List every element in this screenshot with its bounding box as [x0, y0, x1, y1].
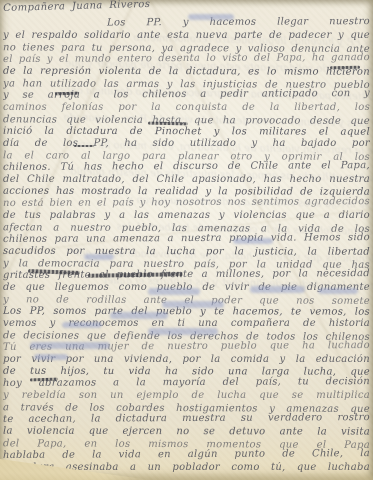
handwriting-line: Tú eres una mujer de nuestro pueblo que …	[3, 340, 370, 354]
handwriting-line: chilenos. Tú has hecho el discurso de Ch…	[3, 160, 370, 174]
handwriting-line: día de los PP, ha sido utilizado y ha ba…	[3, 138, 370, 150]
handwriting-line: Los PP, somos parte del pueblo y te hace…	[3, 306, 370, 319]
handwriting-line: y rebeldía son un ejemplo de lucha que s…	[3, 390, 370, 402]
handwriting-line: chilenos para una amenaza a nuestra prop…	[3, 232, 370, 246]
handwriting-line: gritastes frente al pueblo frente a mill…	[3, 268, 370, 282]
handwriting-line: hoy abrazamos a la mayoría del país, tu …	[3, 376, 370, 390]
handwriting-line: el país y el mundo entero desenta lo vis…	[3, 52, 370, 66]
handwriting-line: de que lleguemos como pueblo de vivir de…	[3, 282, 370, 294]
paper-bottom-edge	[0, 473, 373, 480]
handwriting-line: inició la dictadura de Pinochet y los mi…	[3, 126, 370, 139]
handwriting-line: hablaba de la vida en algún punto de Chi…	[3, 448, 370, 462]
handwriting-line: no está bien en el país y hoy nosotros n…	[3, 196, 370, 210]
handwriting-line: y se arroja a los chilenos a pedir antic…	[3, 88, 370, 102]
letter-page: Los PP. y hacemos llegar nuestro reconoc…	[0, 0, 373, 480]
handwriting-line: y el respaldo solidario ante esta nueva …	[3, 30, 370, 42]
handwriting-line: caminos felonías por la conquista de la …	[3, 102, 370, 114]
handwriting-line: la violencia que ejercen no se detuvo an…	[3, 426, 370, 439]
handwriting-line: de tus palabras y a las amenazas y viole…	[3, 210, 370, 222]
letter-body: Compañera Juana Riveros Los PP. y hacemo…	[0, 0, 373, 480]
handwriting-line: por vivir por una vivienda, por la comid…	[3, 354, 370, 366]
handwriting-line: de la represión violenta de la dictadura…	[3, 66, 370, 79]
handwriting-line: del Chile maltratado, del Chile apasiona…	[3, 174, 370, 186]
handwriting-line: vemos y reconocemos en ti una compañera …	[3, 318, 370, 330]
handwriting-line: Los PP. y hacemos llegar nuestro reconoc…	[3, 16, 370, 30]
handwriting-line: te acechan, la dictadura muestra su verd…	[3, 412, 370, 426]
handwriting-line: sacudidos por nuestra la lucha por la ju…	[3, 246, 370, 259]
handwriting-block: Los PP. y hacemos llegar nuestro reconoc…	[3, 18, 370, 474]
salutation-line: Compañera Juana Riveros	[3, 0, 370, 16]
